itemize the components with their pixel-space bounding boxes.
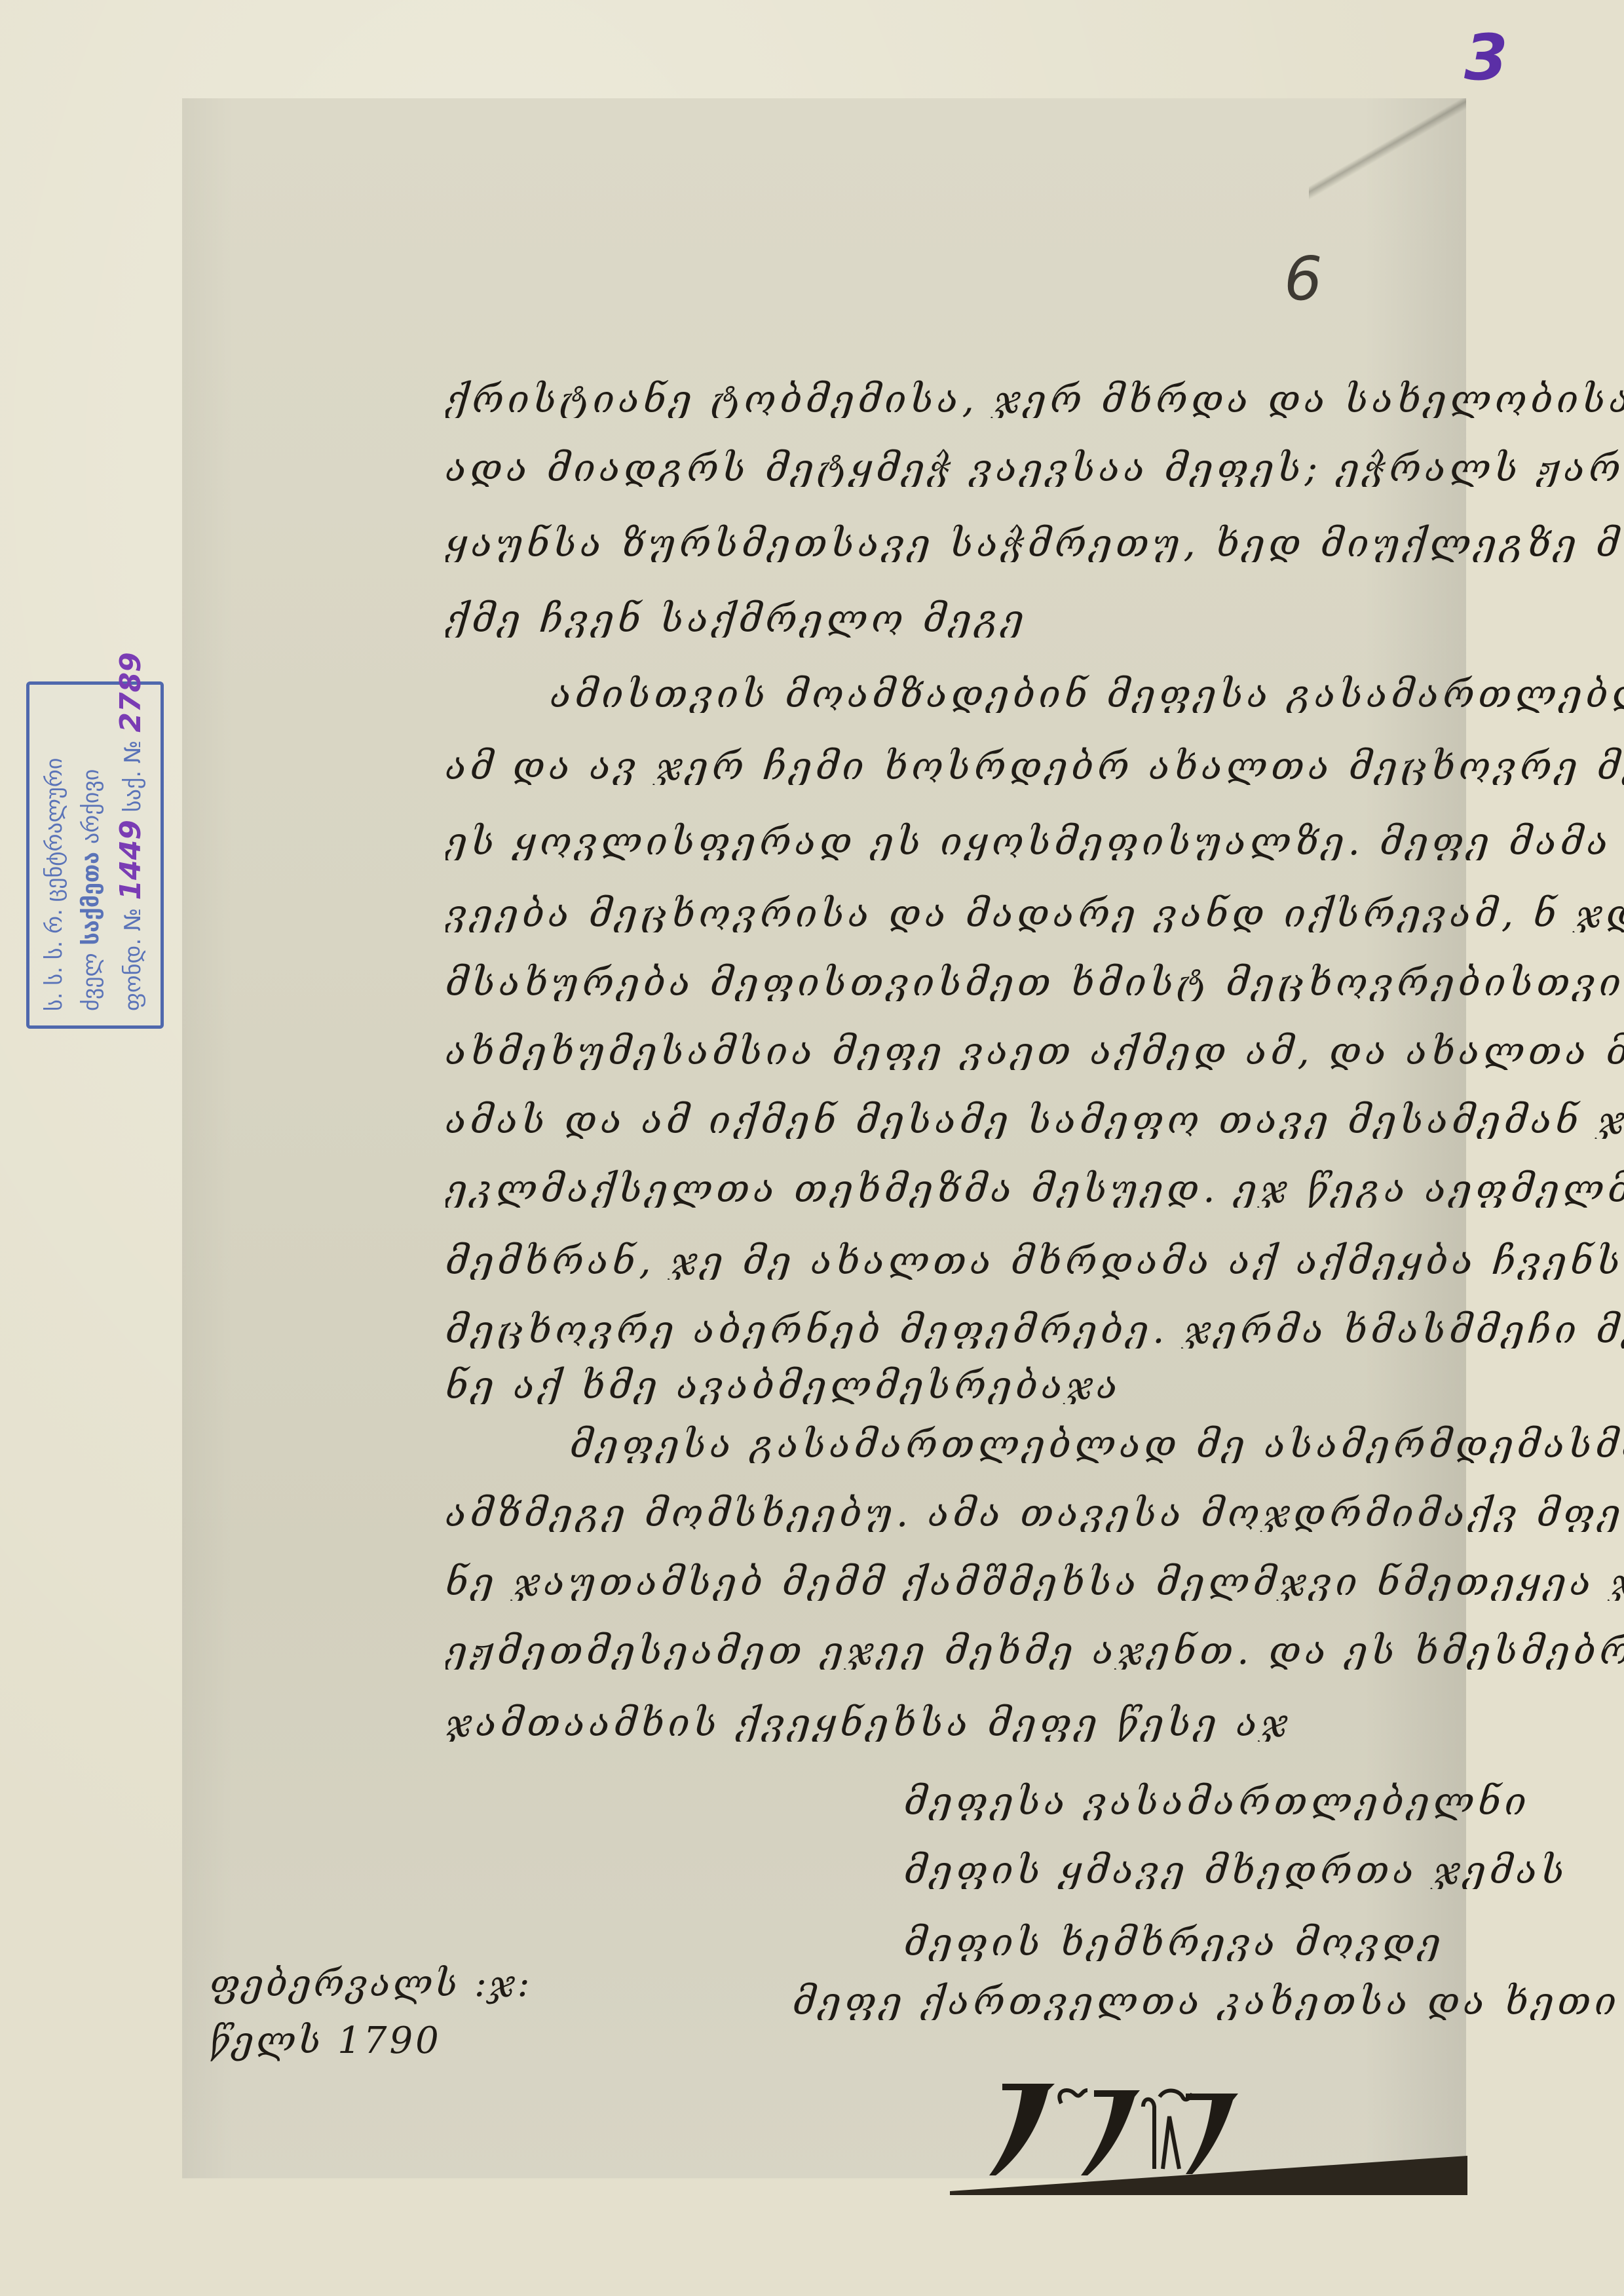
page-mark: 6 (1284, 249, 1323, 309)
manuscript-line: ნე ჯაუთამსებ მემმ ქამშმეხსა მელმჯვი ნმეთ… (445, 1563, 1624, 1601)
archive-stamp-content: ს. ს. ს. რ. ცენტრალური ძველ საქმეთა არქი… (33, 691, 157, 1019)
manuscript-line: ქრისტიანე ტობმემისა, ჯერ მხრდა და სახელო… (445, 380, 1624, 418)
stamp-fond-number: 1449 (115, 820, 147, 900)
stamp-row-archive-type: ძველ საქმეთა არქივი (79, 699, 104, 1011)
stamp-fond-label: ფონდ. № (121, 908, 145, 1011)
dating-month-line: ფებერვალს :ჯ: (210, 1956, 533, 2013)
manuscript-line: ნე აქ ხმე ავაბმელმესრებაჯა (445, 1366, 1122, 1404)
manuscript-line: ამისთვის მოამზადებინ მეფესა გასამართლებლ… (550, 675, 1624, 713)
manuscript-line: ახმეხუმესამსია მეფე ვაეთ აქმედ ამ, და ახ… (445, 1032, 1624, 1070)
folio-number: 3 (1464, 26, 1508, 89)
closing-line: მეფე ქართველთა კახეთსა და ხეთი (793, 1982, 1620, 2020)
manuscript-line: მეფესა გასამართლებლად მე ასამერმდემასმავ… (570, 1425, 1624, 1463)
manuscript-line: ამ და ავ ჯერ ჩემი ხოსრდებრ ახალთა მეცხოვ… (445, 747, 1624, 785)
stamp-row-archive-name: ს. ს. ს. რ. ცენტრალური (43, 699, 67, 1011)
stamp-case-label: საქ. № (121, 740, 145, 812)
manuscript-line: ამას და ამ იქმენ მესამე სამეფო თავე მესა… (445, 1101, 1624, 1139)
signature (983, 2077, 1350, 2182)
closing-line: მეფესა ვასამართლებელნი (904, 1782, 1530, 1820)
manuscript-line: მსახურება მეფისთვისმეთ ხმისტ მეცხოვრების… (445, 963, 1624, 1001)
manuscript-line: მეცხოვრე აბერნებ მეფემრებე. ჯერმა ხმასმმ… (445, 1311, 1624, 1349)
stamp-label-affairs: საქმეთა (79, 852, 104, 945)
closing-line: მეფის ყმავე მხედრთა ჯემას (904, 1851, 1568, 1889)
signature-glyph-icon (983, 2077, 1350, 2182)
photo-corner-crease (1309, 98, 1466, 203)
dating-year-line: წელს 1790 (210, 2013, 533, 2070)
stamp-row-numbers: ფონდ. № 1449 საქ. № 2789 (115, 699, 147, 1011)
manuscript-line: ქმე ჩვენ საქმრელო მეგე (445, 600, 1028, 638)
manuscript-line: მემხრან, ჯე მე ახალთა მხრდამა აქ აქმეყბა… (445, 1242, 1624, 1280)
dating-year-value: 1790 (337, 2019, 442, 2062)
manuscript-line: ეს ყოვლისფერად ეს იყოსმეფისუალზე. მეფე მ… (445, 822, 1624, 860)
manuscript-line: ჯამთაამხის ქვეყნეხსა მეფე წესე აჯ (445, 1704, 1291, 1742)
archive-stamp: ს. ს. ს. რ. ცენტრალური ძველ საქმეთა არქი… (26, 681, 164, 1029)
dating-year-label: წელს (210, 2019, 323, 2062)
manuscript-line: ამზმეგე მომსხეებუ. ამა თავესა მოჯდრმიმაქ… (445, 1494, 1624, 1532)
stamp-label-old: ძველ (79, 953, 104, 1011)
closing-line: მეფის ხემხრევა მოვდე (904, 1923, 1445, 1961)
manuscript-line: ყაუნსა ზურსმეთსავე საჭმრეთუ, ხედ მიუქლეგ… (445, 524, 1624, 562)
manuscript-line: ადა მიადგრს მეტყმეჭ ვაევსაა მეფეს; ეჭრალ… (445, 449, 1624, 487)
manuscript-line: ვეება მეცხოვრისა და მადარე ვანდ იქსრევამ… (445, 894, 1624, 932)
stamp-label-archive: არქივი (79, 769, 104, 844)
dating-block: ფებერვალს :ჯ: წელს 1790 (210, 1956, 533, 2070)
stamp-case-number: 2789 (115, 652, 147, 732)
stamp-archive-abbrev: ს. ს. ს. რ. ცენტრალური (43, 758, 67, 1011)
manuscript-line: ეკლმაქსელთა თეხმეზმა მესუედ. ეჯ წეგა აეფ… (445, 1170, 1624, 1208)
manuscript-line: ეჟმეთმესეამეთ ეჯეე მეხმე აჯენთ. და ეს ხმ… (445, 1632, 1624, 1670)
